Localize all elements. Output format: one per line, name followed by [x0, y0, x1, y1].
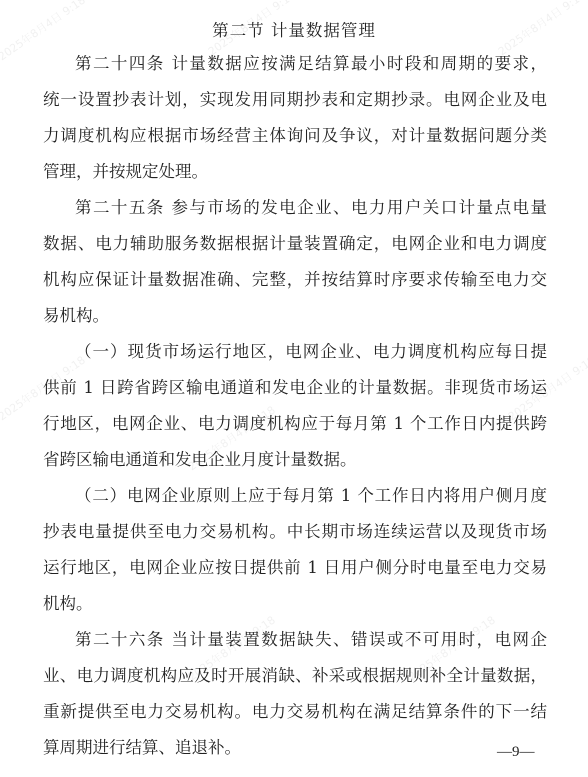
article-26-line-1: 第二十六条 当计量装置数据缺失、错误或不可用时，电网企	[75, 628, 547, 652]
article-25-line-3: 机构应保证计量数据准确、完整，并按结算时序要求传输至电力交	[43, 268, 547, 292]
article-25-line-4: 易机构。	[43, 304, 547, 328]
section-title: 第二节 计量数据管理	[0, 17, 588, 41]
article-25-line-1: 第二十五条 参与市场的发电企业、电力用户关口计量点电量	[75, 196, 547, 220]
page-number: —9—	[497, 744, 535, 761]
article-26-line-2: 业、电力调度机构应及时开展消缺、补采或根据规则补全计量数据，	[43, 664, 547, 688]
article-26-line-3: 重新提供至电力交易机构。电力交易机构在满足结算条件的下一结	[43, 700, 547, 724]
item-1-line-2: 供前 1 日跨省跨区输电通道和发电企业的计量数据。非现货市场运	[43, 376, 547, 400]
article-24-line-4: 管理，并按规定处理。	[43, 160, 547, 184]
item-1-line-3: 行地区，电网企业、电力调度机构应于每月第 1 个工作日内提供跨	[43, 412, 547, 436]
article-25-line-2: 数据、电力辅助服务数据根据计量装置确定，电网企业和电力调度	[43, 232, 547, 256]
item-2-line-3: 运行地区，电网企业应按日提供前 1 日用户侧分时电量至电力交易	[43, 556, 547, 580]
document-page: 2025年8月4日 9:18 2025年8月4日 9:18 2025年8月4日 …	[0, 0, 588, 777]
item-2-line-1: （二）电网企业原则上应于每月第 1 个工作日内将用户侧月度	[75, 484, 547, 508]
item-2-line-2: 抄表电量提供至电力交易机构。中长期市场连续运营以及现货市场	[43, 520, 547, 544]
article-26-line-4: 算周期进行结算、追退补。	[43, 736, 547, 760]
article-24-line-1: 第二十四条 计量数据应按满足结算最小时段和周期的要求，	[75, 52, 547, 76]
item-1-line-4: 省跨区输电通道和发电企业月度计量数据。	[43, 448, 547, 472]
article-24-line-2: 统一设置抄表计划，实现发用同期抄表和定期抄录。电网企业及电	[43, 88, 547, 112]
item-1-line-1: （一）现货市场运行地区，电网企业、电力调度机构应每日提	[75, 340, 547, 364]
item-2-line-4: 机构。	[43, 592, 547, 616]
article-24-line-3: 力调度机构应根据市场经营主体询问及争议，对计量数据问题分类	[43, 124, 547, 148]
